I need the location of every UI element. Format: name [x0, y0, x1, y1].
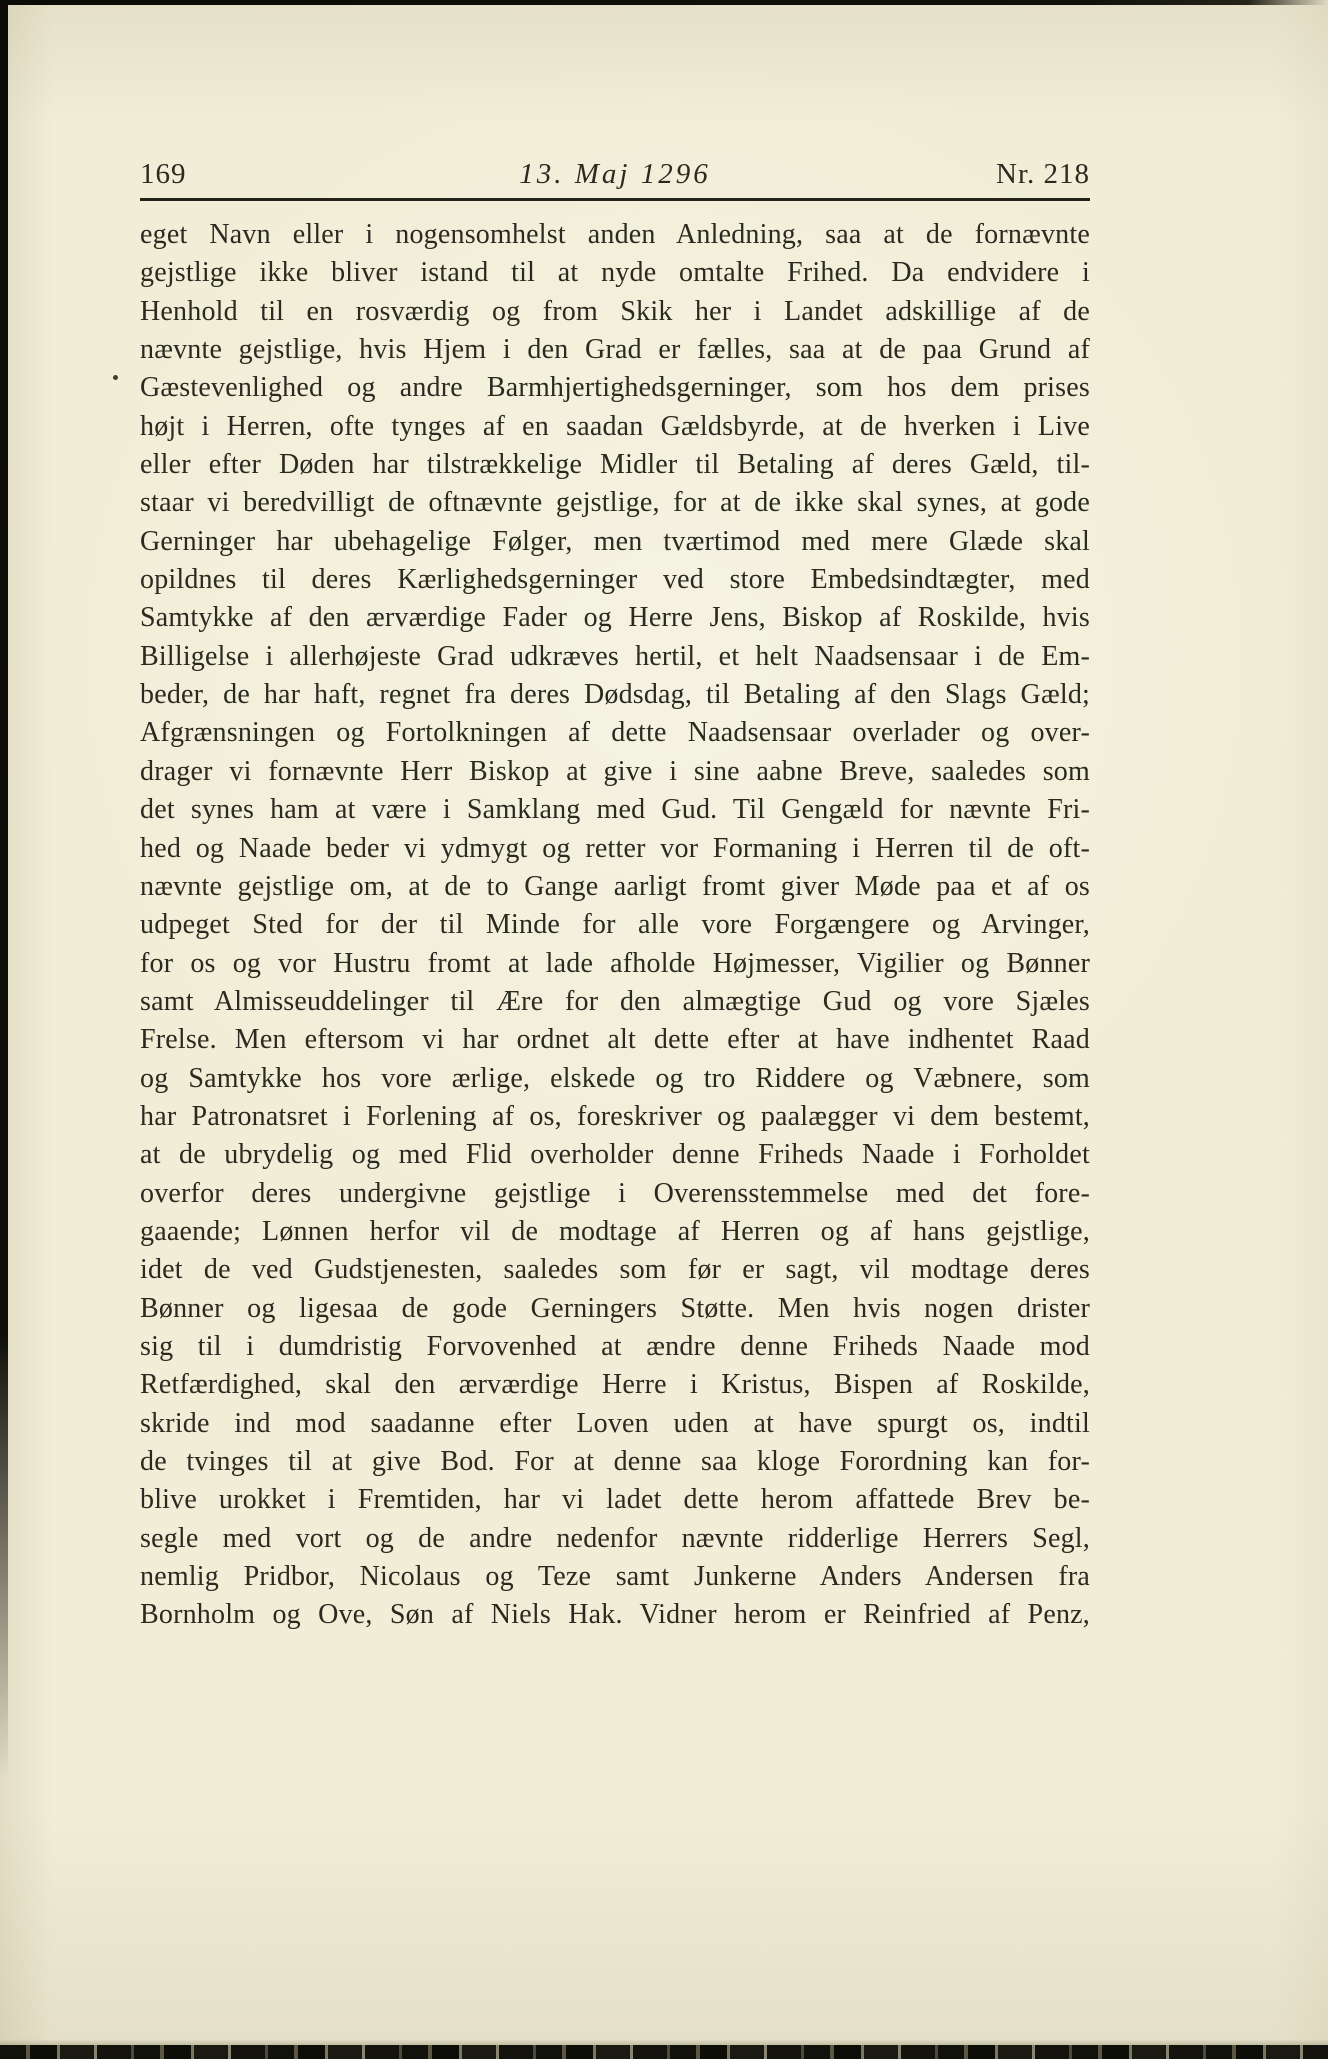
text-line: Afgrænsningen og Fortolkningen af dette …	[140, 714, 1090, 752]
text-line: samt Almisseuddelinger til Ære for den a…	[140, 983, 1090, 1021]
text-line: gaaende; Lønnen herfor vil de modtage af…	[140, 1213, 1090, 1251]
print-speck	[113, 375, 118, 380]
text-line: og Samtykke hos vore ærlige, elskede og …	[140, 1060, 1090, 1098]
text-line: drager vi fornævnte Herr Biskop at give …	[140, 753, 1090, 791]
text-line: har Patronatsret i Forlening af os, fore…	[140, 1098, 1090, 1136]
text-line: hed og Naade beder vi ydmygt og retter v…	[140, 830, 1090, 868]
text-line: nævnte gejstlige, hvis Hjem i den Grad e…	[140, 331, 1090, 369]
text-line: sig til i dumdristig Forvovenhed at ændr…	[140, 1328, 1090, 1366]
scanned-page: 169 13. Maj 1296 Nr. 218 eget Navn eller…	[0, 0, 1328, 2059]
text-line: Bønner og ligesaa de gode Gerningers Stø…	[140, 1290, 1090, 1328]
text-line: Retfærdighed, skal den ærværdige Herre i…	[140, 1366, 1090, 1404]
scan-edge-bottom	[0, 2045, 1328, 2059]
text-line: Billigelse i allerhøjeste Grad udkræves …	[140, 638, 1090, 676]
text-line: udpeget Sted for der til Minde for alle …	[140, 906, 1090, 944]
text-line: skride ind mod saadanne efter Loven uden…	[140, 1405, 1090, 1443]
text-line: opildnes til deres Kærlighedsgerninger v…	[140, 561, 1090, 599]
page-content: 169 13. Maj 1296 Nr. 218 eget Navn eller…	[140, 157, 1090, 1635]
text-line: det synes ham at være i Samklang med Gud…	[140, 791, 1090, 829]
scan-edge-top	[0, 0, 1328, 5]
document-number: Nr. 218	[996, 157, 1090, 191]
text-line: højt i Herren, ofte tynges af en saadan …	[140, 408, 1090, 446]
page-number: 169	[140, 157, 187, 191]
text-line: gejstlige ikke bliver istand til at nyde…	[140, 254, 1090, 292]
text-line: nemlig Pridbor, Nicolaus og Teze samt Ju…	[140, 1558, 1090, 1596]
text-line: at de ubrydelig og med Flid overholder d…	[140, 1136, 1090, 1174]
text-line: blive urokket i Fremtiden, har vi ladet …	[140, 1481, 1090, 1519]
text-line: beder, de har haft, regnet fra deres Død…	[140, 676, 1090, 714]
text-line: Frelse. Men eftersom vi har ordnet alt d…	[140, 1021, 1090, 1059]
scan-edge-left	[0, 0, 8, 1780]
date-heading: 13. Maj 1296	[140, 157, 1090, 191]
text-line: for os og vor Hustru fromt at lade afhol…	[140, 945, 1090, 983]
text-line: nævnte gejstlige om, at de to Gange aarl…	[140, 868, 1090, 906]
header-rule	[140, 198, 1090, 201]
text-line: Bornholm og Ove, Søn af Niels Hak. Vidne…	[140, 1596, 1090, 1634]
text-line: Henhold til en rosværdig og from Skik he…	[140, 293, 1090, 331]
text-line: eller efter Døden har tilstrækkelige Mid…	[140, 446, 1090, 484]
page-header: 169 13. Maj 1296 Nr. 218	[140, 157, 1090, 193]
text-line: Gæstevenlighed og andre Barmhjertighedsg…	[140, 369, 1090, 407]
text-line: de tvinges til at give Bod. For at denne…	[140, 1443, 1090, 1481]
document-body: eget Navn eller i nogensomhelst anden An…	[140, 216, 1090, 1635]
text-line: Gerninger har ubehagelige Følger, men tv…	[140, 523, 1090, 561]
text-line: segle med vort og de andre nedenfor nævn…	[140, 1520, 1090, 1558]
text-line: Samtykke af den ærværdige Fader og Herre…	[140, 599, 1090, 637]
text-line: staar vi beredvilligt de oftnævnte gejst…	[140, 484, 1090, 522]
text-line: overfor deres undergivne gejstlige i Ove…	[140, 1175, 1090, 1213]
text-line: eget Navn eller i nogensomhelst anden An…	[140, 216, 1090, 254]
text-line: idet de ved Gudstjenesten, saaledes som …	[140, 1251, 1090, 1289]
